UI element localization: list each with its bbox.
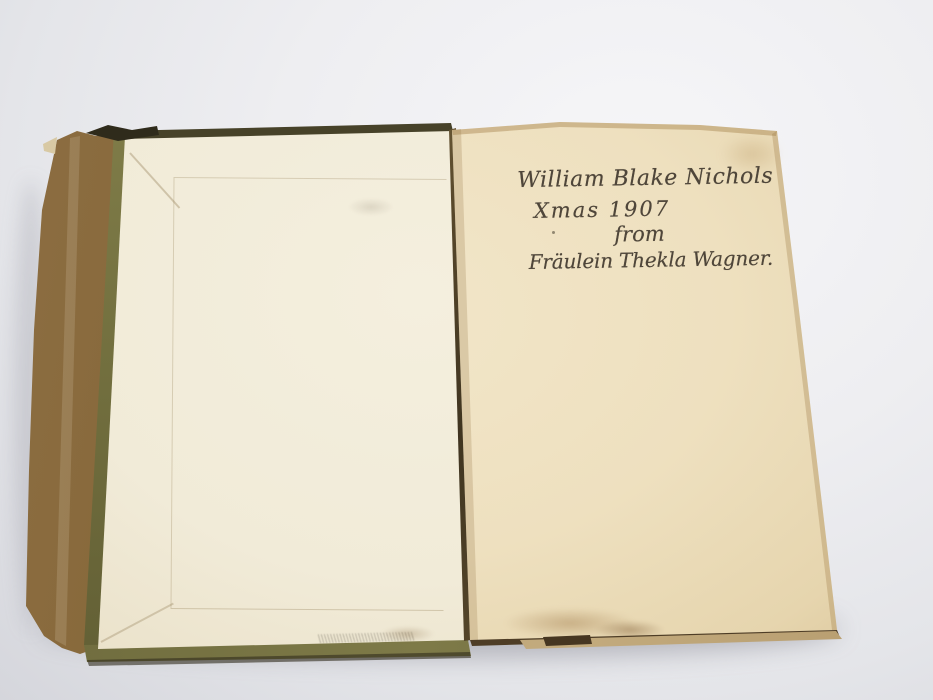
inscription-occasion-date: Xmas 1907 — [534, 195, 778, 223]
foxing-stain-left-page — [380, 626, 435, 642]
handwritten-inscription: William Blake Nichols Xmas 1907 from Frä… — [507, 164, 779, 274]
inscription-recipient-name: William Blake Nichols — [517, 164, 777, 194]
inscription-giver-name: Fräulein Thekla Wagner. — [529, 246, 779, 273]
photo-open-book: William Blake Nichols Xmas 1907 from Frä… — [0, 0, 933, 700]
pastedown-turnin-ridge — [170, 177, 446, 611]
inscription-from-word: from — [614, 220, 778, 247]
stray-ink-dot — [552, 231, 555, 234]
left-page-smudge — [348, 198, 394, 216]
